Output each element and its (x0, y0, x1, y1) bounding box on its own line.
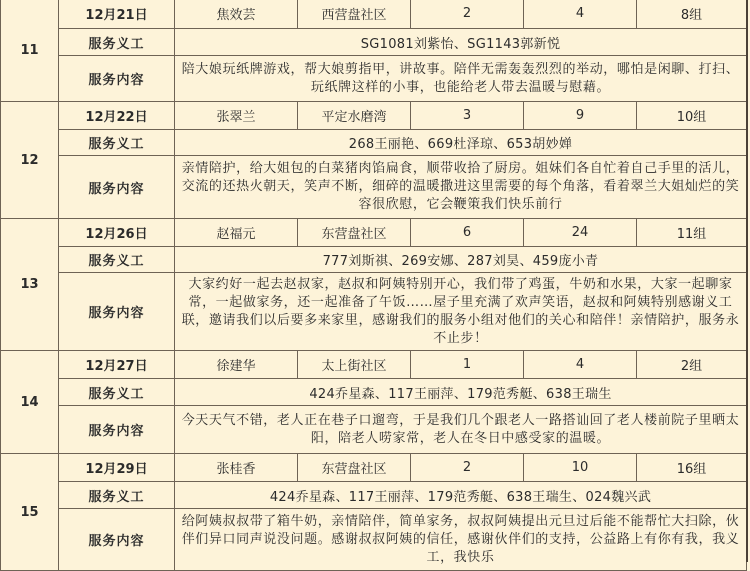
service-content: 今天天气不错，老人正在巷子口遛弯，于是我们几个跟老人一路搭讪回了老人楼前院子里晒… (175, 406, 747, 454)
record-13-content-row: 服务内容 大家约好一起去赵叔家，赵叔和阿姨特别开心，我们带了鸡蛋，牛奶和水果，大… (1, 273, 747, 351)
record-index: 13 (1, 219, 59, 351)
record-11-volunteer-row: 服务义工 SG1081刘紫怡、SG1143郭新悦 (1, 29, 747, 56)
record-12-volunteer-row: 服务义工 268王丽艳、669杜泽琼、653胡妙婵 (1, 130, 747, 156)
record-14-volunteer-row: 服务义工 424乔星森、117王丽萍、179范秀艇、638王瑞生 (1, 379, 747, 406)
service-date: 12月26日 (59, 219, 175, 247)
volunteers-list: 268王丽艳、669杜泽琼、653胡妙婵 (175, 130, 747, 156)
count-1: 2 (411, 454, 524, 482)
record-index: 12 (1, 102, 59, 219)
group: 16组 (637, 454, 747, 482)
record-12-content-row: 服务内容 亲情陪护，给大姐包的白菜猪肉馅扁食，顺带收拾了厨房。姐妹们各自忙着自己… (1, 156, 747, 219)
volunteers-list: 424乔星森、117王丽萍、179范秀艇、638王瑞生、024魏兴武 (175, 482, 747, 509)
elder-name: 赵福元 (175, 219, 298, 247)
count-1: 1 (411, 351, 524, 379)
content-label: 服务内容 (59, 156, 175, 219)
community: 西营盘社区 (298, 0, 411, 29)
service-record-table: 11 12月21日 焦效芸 西营盘社区 2 4 8组 服务义工 SG1081刘紫… (0, 0, 747, 562)
record-13-info-row: 13 12月26日 赵福元 东营盘社区 6 24 11组 (1, 219, 747, 247)
record-15-content-row: 服务内容 给阿姨叔叔带了箱牛奶，亲情陪伴，简单家务，叔叔阿姨提出元旦过后能不能帮… (1, 509, 747, 563)
count-1: 6 (411, 219, 524, 247)
count-2: 9 (524, 102, 637, 130)
community: 东营盘社区 (298, 454, 411, 482)
elder-name: 张翠兰 (175, 102, 298, 130)
service-content: 陪大娘玩纸牌游戏，帮大娘剪指甲，讲故事。陪伴无需轰轰烈烈的举动，哪怕是闲聊、打扫… (175, 56, 747, 102)
volunteers-list: 424乔星森、117王丽萍、179范秀艇、638王瑞生 (175, 379, 747, 406)
volunteers-label: 服务义工 (59, 130, 175, 156)
elder-name: 徐建华 (175, 351, 298, 379)
group: 2组 (637, 351, 747, 379)
count-1: 3 (411, 102, 524, 130)
record-11-content-row: 服务内容 陪大娘玩纸牌游戏，帮大娘剪指甲，讲故事。陪伴无需轰轰烈烈的举动，哪怕是… (1, 56, 747, 102)
content-label: 服务内容 (59, 56, 175, 102)
elder-name: 焦效芸 (175, 0, 298, 29)
community: 东营盘社区 (298, 219, 411, 247)
record-11-info-row: 11 12月21日 焦效芸 西营盘社区 2 4 8组 (1, 0, 747, 29)
volunteers-label: 服务义工 (59, 29, 175, 56)
elder-name: 张桂香 (175, 454, 298, 482)
record-index: 15 (1, 454, 59, 563)
count-2: 24 (524, 219, 637, 247)
group: 8组 (637, 0, 747, 29)
group: 10组 (637, 102, 747, 130)
count-2: 4 (524, 351, 637, 379)
community: 太上街社区 (298, 351, 411, 379)
count-1: 2 (411, 0, 524, 29)
service-content: 给阿姨叔叔带了箱牛奶，亲情陪伴，简单家务，叔叔阿姨提出元旦过后能不能帮忙大扫除，… (175, 509, 747, 563)
service-date: 12月22日 (59, 102, 175, 130)
volunteers-list: 777刘斯祺、269安娜、287刘昊、459庞小青 (175, 247, 747, 273)
content-label: 服务内容 (59, 273, 175, 351)
record-12-info-row: 12 12月22日 张翠兰 平定水磨湾 3 9 10组 (1, 102, 747, 130)
count-2: 4 (524, 0, 637, 29)
record-13-volunteer-row: 服务义工 777刘斯祺、269安娜、287刘昊、459庞小青 (1, 247, 747, 273)
record-14-content-row: 服务内容 今天天气不错，老人正在巷子口遛弯，于是我们几个跟老人一路搭讪回了老人楼… (1, 406, 747, 454)
record-14-info-row: 14 12月27日 徐建华 太上街社区 1 4 2组 (1, 351, 747, 379)
volunteers-label: 服务义工 (59, 379, 175, 406)
group: 11组 (637, 219, 747, 247)
content-label: 服务内容 (59, 509, 175, 563)
service-date: 12月27日 (59, 351, 175, 379)
volunteers-list: SG1081刘紫怡、SG1143郭新悦 (175, 29, 747, 56)
volunteers-label: 服务义工 (59, 482, 175, 509)
page-right-edge (746, 0, 750, 562)
count-2: 10 (524, 454, 637, 482)
service-content: 大家约好一起去赵叔家，赵叔和阿姨特别开心，我们带了鸡蛋，牛奶和水果，大家一起聊家… (175, 273, 747, 351)
record-index: 14 (1, 351, 59, 454)
service-date: 12月21日 (59, 0, 175, 29)
volunteers-label: 服务义工 (59, 247, 175, 273)
community: 平定水磨湾 (298, 102, 411, 130)
record-15-info-row: 15 12月29日 张桂香 东营盘社区 2 10 16组 (1, 454, 747, 482)
service-content: 亲情陪护，给大姐包的白菜猪肉馅扁食，顺带收拾了厨房。姐妹们各自忙着自己手里的活儿… (175, 156, 747, 219)
service-date: 12月29日 (59, 454, 175, 482)
record-15-volunteer-row: 服务义工 424乔星森、117王丽萍、179范秀艇、638王瑞生、024魏兴武 (1, 482, 747, 509)
record-index: 11 (1, 0, 59, 102)
content-label: 服务内容 (59, 406, 175, 454)
